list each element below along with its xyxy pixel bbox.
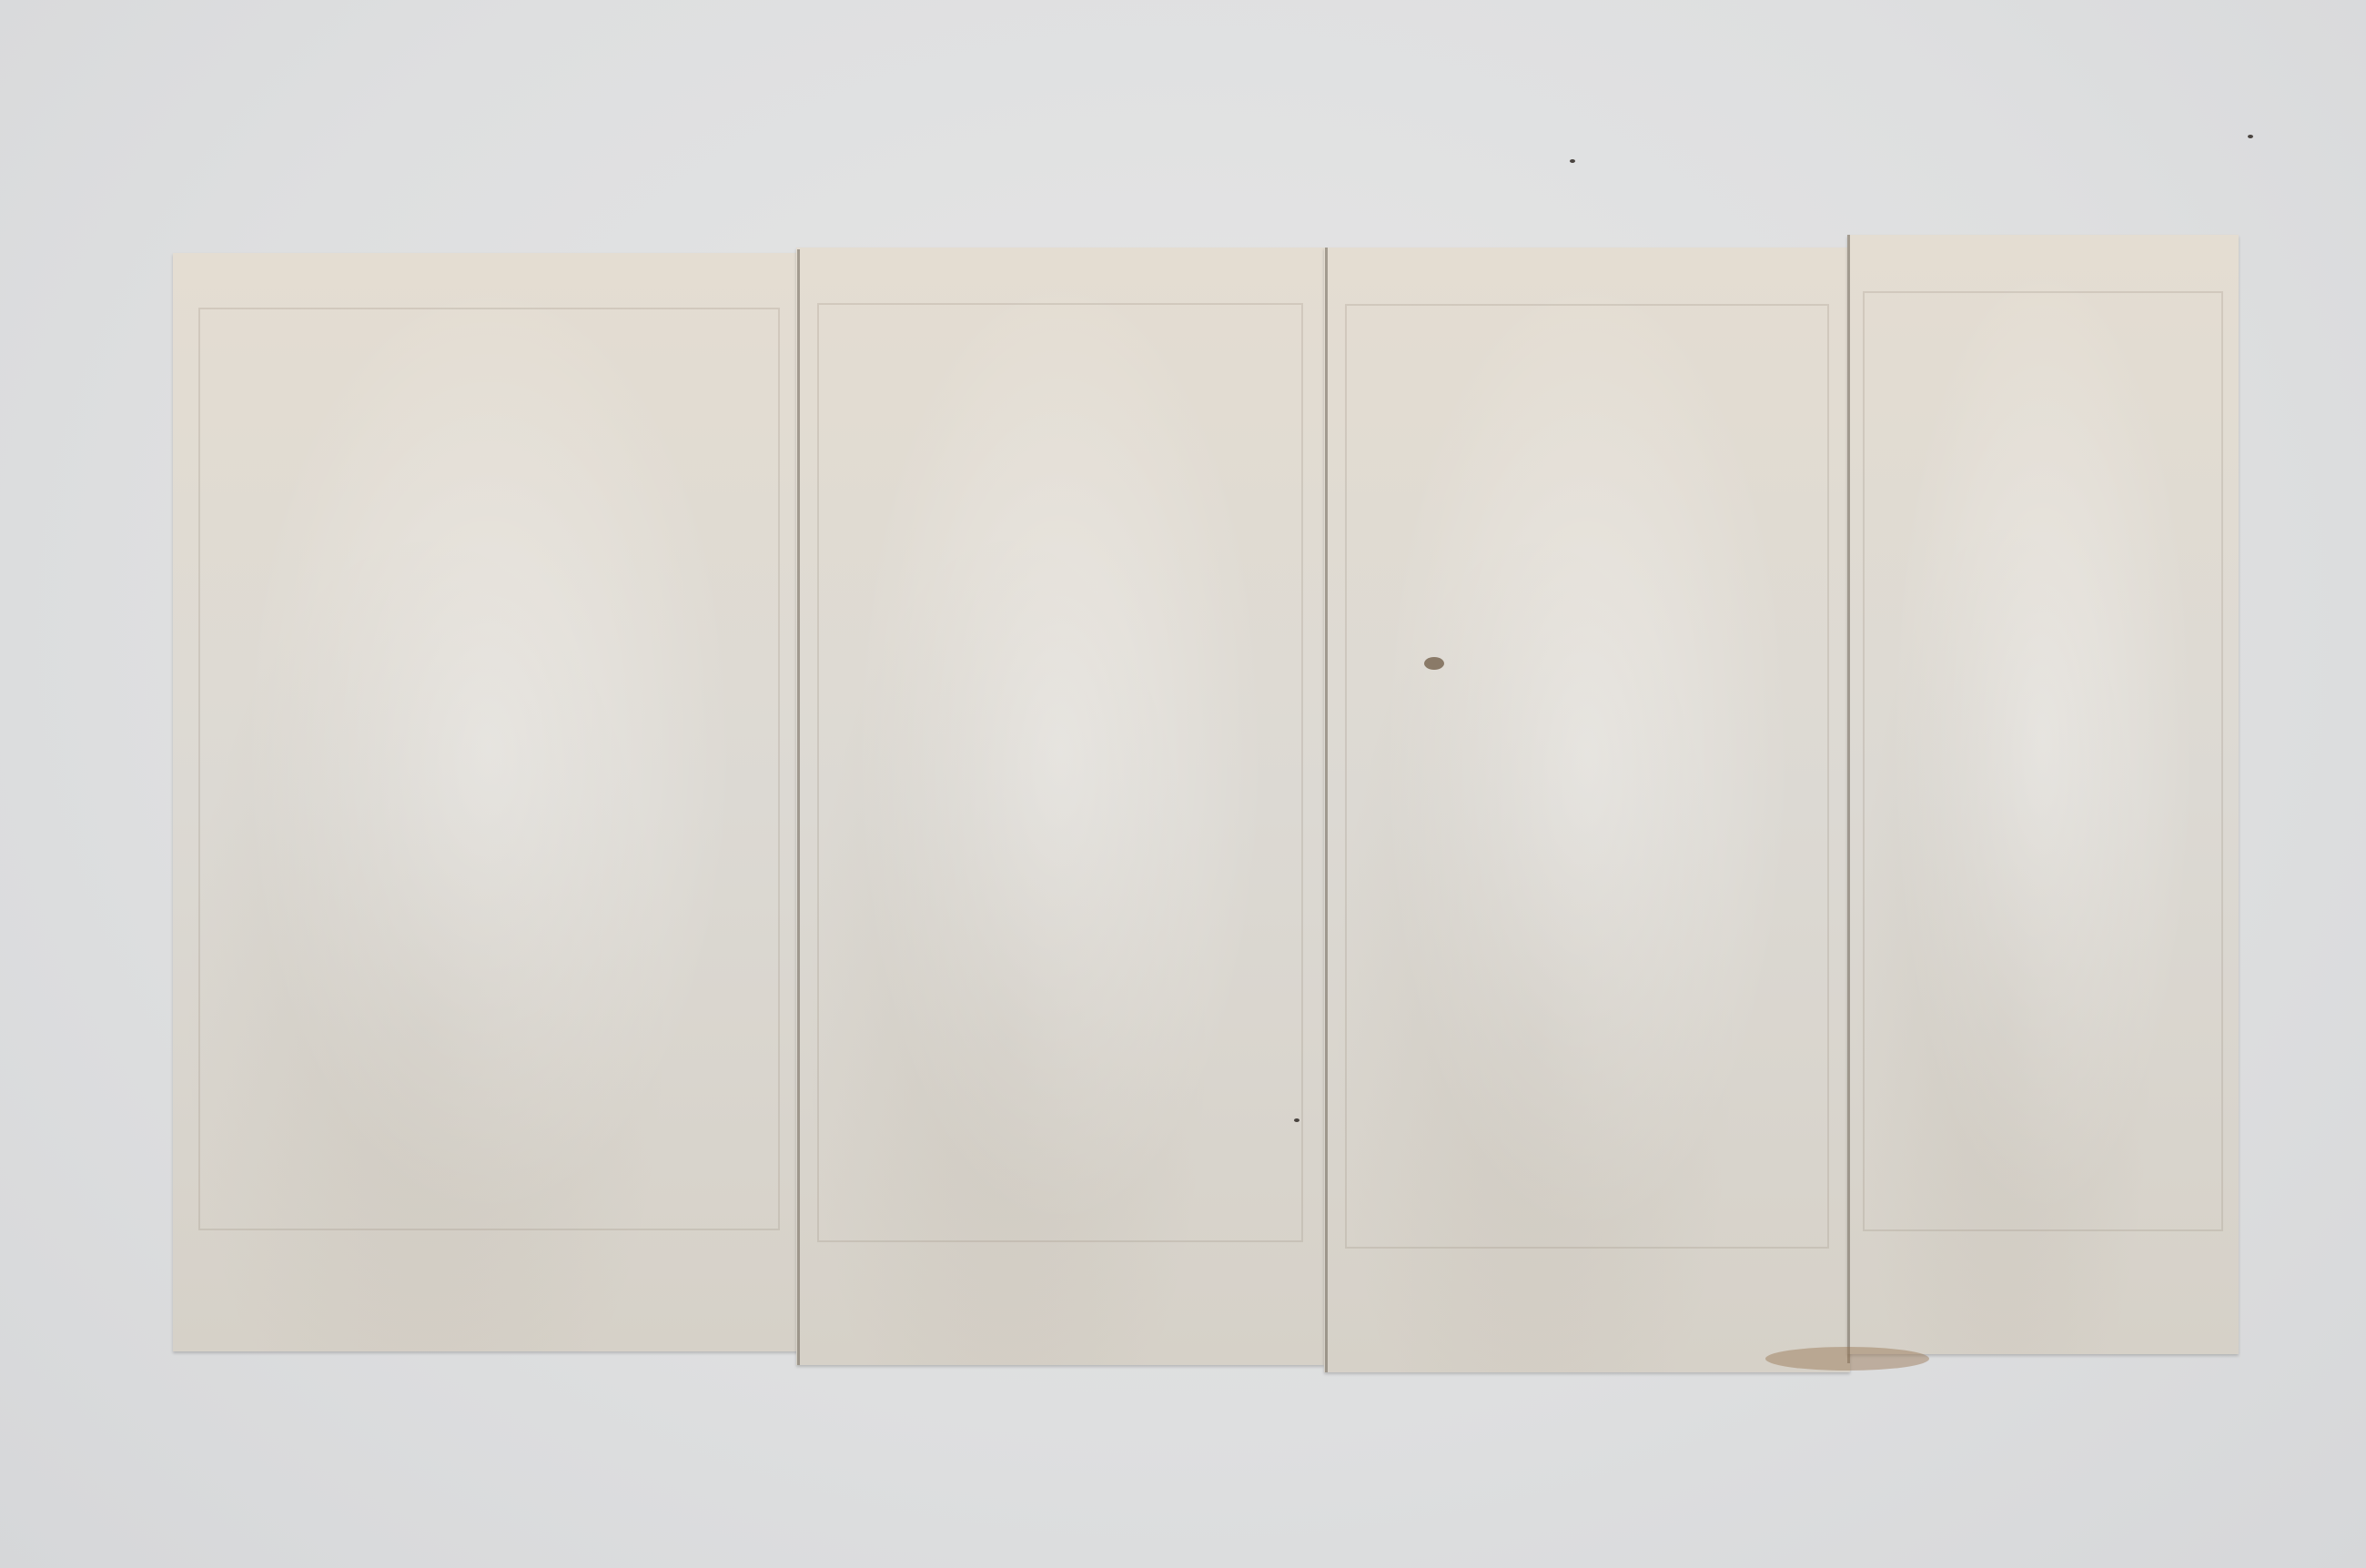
fold-line-2	[1325, 248, 1328, 1372]
fold-line-1	[797, 249, 800, 1365]
foxing-stain	[1424, 657, 1444, 670]
paper-panel-4	[1847, 235, 2239, 1354]
paper-panel-2	[796, 248, 1324, 1365]
fold-line-3	[1847, 235, 1850, 1363]
torn-edge-stain	[1765, 1347, 1929, 1371]
paper-panel-1	[173, 253, 805, 1351]
dust-speck	[1570, 159, 1575, 163]
dust-speck	[1294, 1118, 1299, 1122]
paper-sheet	[0, 0, 2366, 1568]
dust-speck	[2248, 135, 2253, 138]
paper-panel-3	[1324, 248, 1850, 1372]
